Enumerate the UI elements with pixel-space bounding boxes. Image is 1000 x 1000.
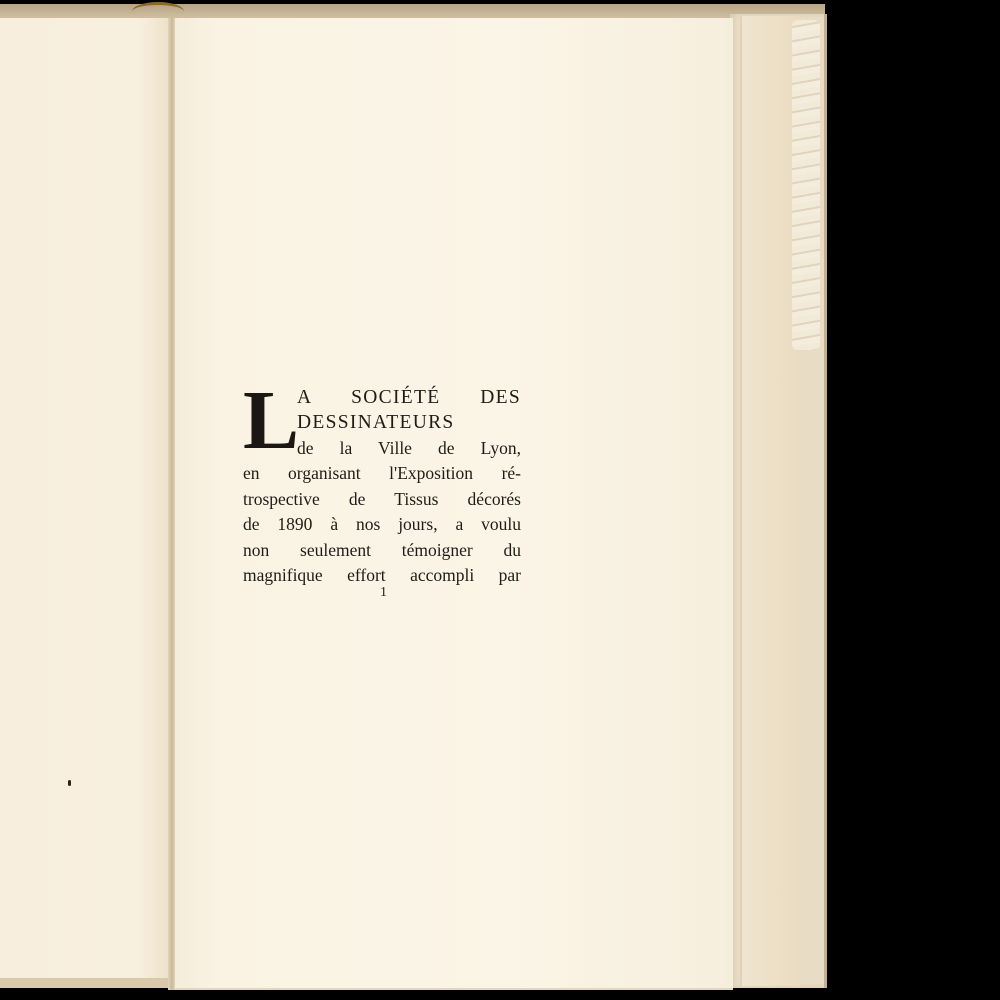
left-page-bottom-edge xyxy=(0,978,176,988)
body-lines: en organisant l'Exposition ré- trospecti… xyxy=(243,461,521,589)
text-line-7: non seulement témoigner du xyxy=(243,538,521,564)
text-line-5: trospective de Tissus décorés xyxy=(243,487,521,513)
text-line-2: DESSINATEURS xyxy=(297,410,521,435)
cover-flap xyxy=(740,16,800,986)
opening-paragraph: L A SOCIÉTÉ DES DESSINATEURS de la Ville… xyxy=(243,385,521,589)
text-line-6: de 1890 à nos jours, a voulu xyxy=(243,512,521,538)
paper-speck xyxy=(68,780,71,786)
drop-cap-lines: L A SOCIÉTÉ DES DESSINATEURS de la Ville… xyxy=(243,385,521,457)
drop-cap: L xyxy=(243,379,299,463)
book-photo: L A SOCIÉTÉ DES DESSINATEURS de la Ville… xyxy=(0,0,1000,1000)
torn-deckle-edge xyxy=(792,20,820,350)
text-line-1: A SOCIÉTÉ DES xyxy=(297,385,521,410)
page-number: 1 xyxy=(380,585,387,601)
left-page xyxy=(0,18,172,980)
text-line-3: de la Ville de Lyon, xyxy=(297,436,521,461)
